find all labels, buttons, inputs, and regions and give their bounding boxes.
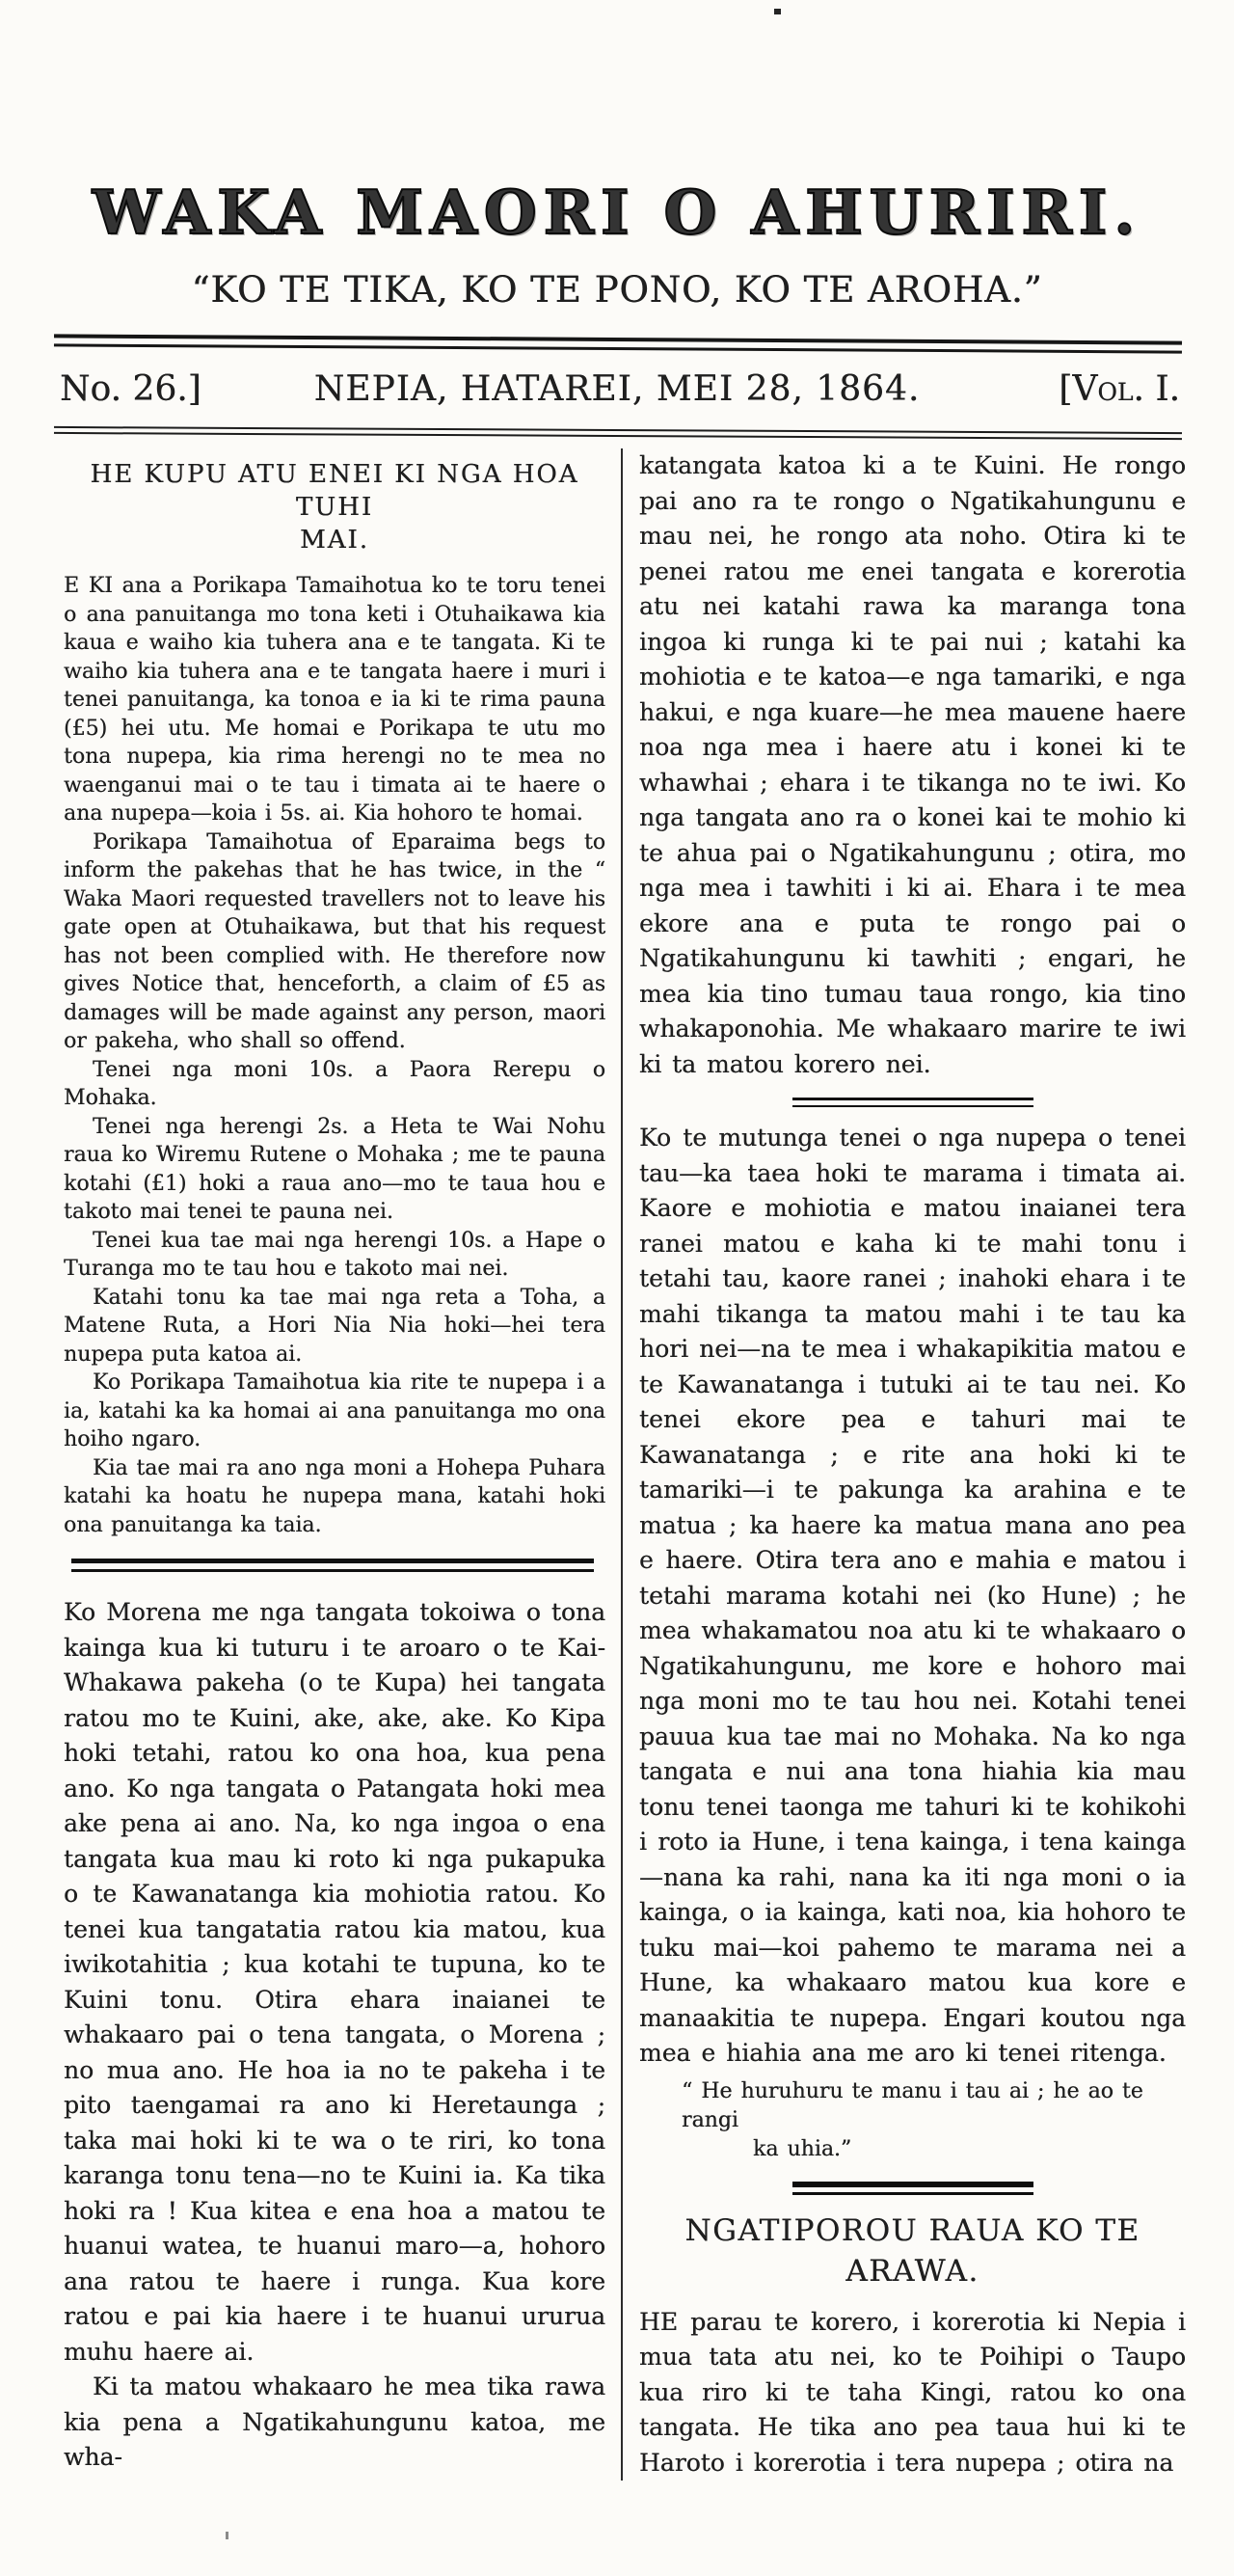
page-columns: HE KUPU ATU ENEI KI NGA HOA TUHI MAI. E … bbox=[64, 448, 1186, 2481]
newspaper-page: WAKA MAORI O AHURIRI. “KO TE TIKA, KO TE… bbox=[0, 0, 1234, 2576]
right-column: katangata katoa ki a te Kuini. He rongo … bbox=[621, 448, 1186, 2481]
masthead-motto: “KO TE TIKA, KO TE PONO, KO TE AROHA.” bbox=[0, 269, 1234, 311]
heading-line: NGATIPOROU RAUA KO TE bbox=[639, 2210, 1186, 2251]
heading-line: MAI. bbox=[64, 524, 605, 556]
paragraph: katangata katoa ki a te Kuini. He rongo … bbox=[639, 448, 1186, 1082]
paragraph: Porikapa Tamaihotua of Eparaima begs to … bbox=[64, 828, 605, 1056]
paragraph: Ko Porikapa Tamaihotua kia rite te nupep… bbox=[64, 1369, 605, 1454]
paragraph: Ko Morena me nga tangata tokoiwa o tona … bbox=[64, 1595, 605, 2370]
ink-speck bbox=[226, 2532, 228, 2539]
closing-article-body: Ko te mutunga tenei o nga nupepa o tenei… bbox=[639, 1121, 1186, 2072]
paragraph: Kia tae mai ra ano nga moni a Hohepa Puh… bbox=[64, 1454, 605, 1540]
ngatiporou-article-heading: NGATIPOROU RAUA KO TE ARAWA. bbox=[639, 2210, 1186, 2291]
morena-article-body: Ko Morena me nga tangata tokoiwa o tona … bbox=[64, 1595, 605, 2476]
dateline-title: NEPIA, HATAREI, MEI 28, 1864. bbox=[314, 369, 921, 409]
paragraph: HE parau te korero, i korerotia ki Nepia… bbox=[639, 2305, 1186, 2481]
article-divider-rule bbox=[792, 2182, 1033, 2195]
heading-line: ARAWA. bbox=[639, 2251, 1186, 2291]
dateline: No. 26.] NEPIA, HATAREI, MEI 28, 1864. [… bbox=[54, 369, 1180, 414]
paragraph: Tenei kua tae mai nga herengi 10s. a Hap… bbox=[64, 1227, 605, 1284]
issue-number: No. 26.] bbox=[60, 369, 201, 409]
volume-number: [Vol. I. bbox=[1059, 369, 1180, 409]
paragraph: E KI ana a Porikapa Tamaihotua ko te tor… bbox=[64, 572, 605, 828]
masthead-divider-rule bbox=[54, 335, 1182, 354]
left-column: HE KUPU ATU ENEI KI NGA HOA TUHI MAI. E … bbox=[64, 448, 621, 2481]
section-divider-rule bbox=[71, 1559, 594, 1572]
letters-article-body: E KI ana a Porikapa Tamaihotua ko te tor… bbox=[64, 572, 605, 1539]
heading-line: HE KUPU ATU ENEI KI NGA HOA TUHI bbox=[64, 458, 605, 524]
article-divider-rule bbox=[792, 1098, 1033, 1107]
continuation-body: katangata katoa ki a te Kuini. He rongo … bbox=[639, 448, 1186, 1082]
paragraph: Katahi tonu ka tae mai nga reta a Toha, … bbox=[64, 1284, 605, 1369]
paragraph: Tenei nga moni 10s. a Paora Rerepu o Moh… bbox=[64, 1056, 605, 1113]
proverb-quote-line1: “ He huruhuru te manu i tau ai ; he ao t… bbox=[682, 2077, 1186, 2135]
proverb-quote-line2: ka uhia.” bbox=[753, 2135, 1186, 2164]
masthead: WAKA MAORI O AHURIRI. “KO TE TIKA, KO TE… bbox=[0, 0, 1234, 311]
ink-speck bbox=[774, 9, 781, 14]
masthead-title: WAKA MAORI O AHURIRI. bbox=[0, 179, 1234, 246]
paragraph: Tenei nga herengi 2s. a Heta te Wai Nohu… bbox=[64, 1113, 605, 1227]
letters-article-heading: HE KUPU ATU ENEI KI NGA HOA TUHI MAI. bbox=[64, 458, 605, 556]
paragraph: Ki ta matou whakaaro he mea tika rawa ki… bbox=[64, 2370, 605, 2476]
dateline-divider-rule bbox=[54, 426, 1182, 440]
paragraph: Ko te mutunga tenei o nga nupepa o tenei… bbox=[639, 1121, 1186, 2072]
ngatiporou-article-body: HE parau te korero, i korerotia ki Nepia… bbox=[639, 2305, 1186, 2481]
